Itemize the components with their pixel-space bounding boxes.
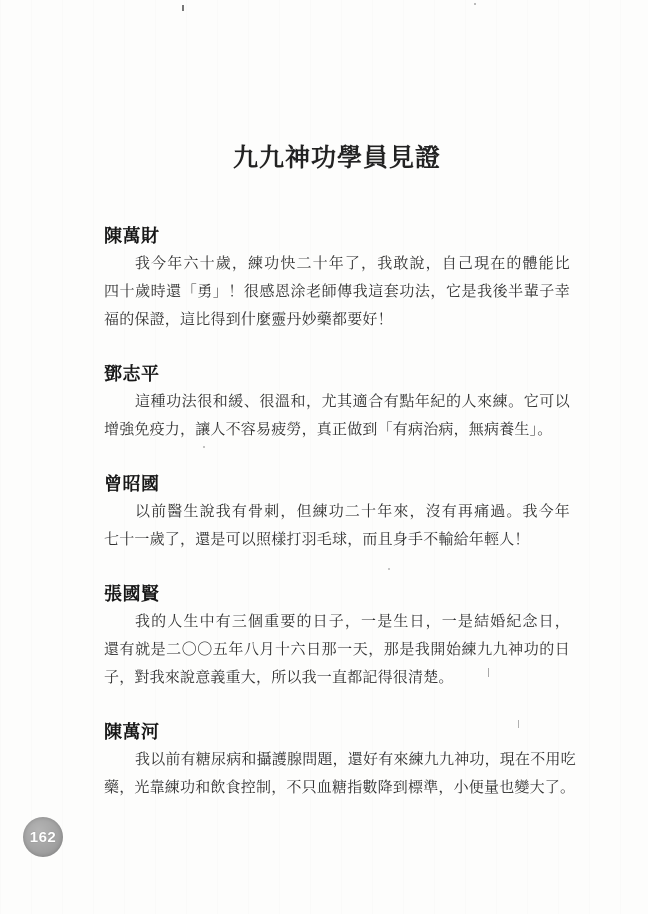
testimonial-text: 我的人生中有三個重要的日子，一是生日，一是結婚紀念日，還有就是二〇〇五年八月十六…: [104, 608, 570, 692]
testimonial-text: 我今年六十歲，練功快二十年了，我敢說，自己現在的體能比四十歲時還「勇」！很感恩涂…: [104, 250, 570, 334]
testimonial-line: 七十一歲了，還是可以照樣打羽毛球，而且身手不輸給年輕人！: [104, 526, 570, 554]
testimonial-line: 子，對我來說意義重大，所以我一直都記得很清楚。: [104, 664, 570, 692]
text-block: 九九神功學員見證 陳萬財 我今年六十歲，練功快二十年了，我敢說，自己現在的體能比…: [104, 0, 570, 802]
testimonial-author-name: 鄧志平: [104, 360, 570, 388]
testimonial-line: 增強免疫力，讓人不容易疲勞，真正做到「有病治病，無病養生」。: [104, 416, 570, 444]
testimonial-section: 陳萬河 我以前有糖尿病和攝護腺問題，還好有來練九九神功，現在不用吃藥，光靠練功和…: [104, 718, 570, 802]
testimonial-author-name: 曾昭國: [104, 470, 570, 498]
testimonial-text: 這種功法很和緩、很溫和，尤其適合有點年紀的人來練。它可以增強免疫力，讓人不容易疲…: [104, 388, 570, 444]
testimonial-line: 四十歲時還「勇」！很感恩涂老師傳我這套功法，它是我後半輩子幸: [104, 278, 570, 306]
testimonial-line: 以前醫生說我有骨刺，但練功二十年來，沒有再痛過。我今年: [104, 498, 570, 526]
testimonial-section: 陳萬財 我今年六十歲，練功快二十年了，我敢說，自己現在的體能比四十歲時還「勇」！…: [104, 222, 570, 334]
testimonial-author-name: 陳萬河: [104, 718, 570, 746]
testimonial-line: 藥，光靠練功和飲食控制，不只血糖指數降到標準，小便量也變大了。: [104, 774, 570, 802]
book-page: 九九神功學員見證 陳萬財 我今年六十歲，練功快二十年了，我敢說，自己現在的體能比…: [0, 0, 648, 914]
sections: 陳萬財 我今年六十歲，練功快二十年了，我敢說，自己現在的體能比四十歲時還「勇」！…: [104, 222, 570, 802]
testimonial-line: 還有就是二〇〇五年八月十六日那一天，那是我開始練九九神功的日: [104, 636, 570, 664]
testimonial-line: 我以前有糖尿病和攝護腺問題，還好有來練九九神功，現在不用吃: [104, 746, 570, 774]
testimonial-author-name: 張國賢: [104, 580, 570, 608]
testimonial-text: 以前醫生說我有骨刺，但練功二十年來，沒有再痛過。我今年七十一歲了，還是可以照樣打…: [104, 498, 570, 554]
testimonial-author-name: 陳萬財: [104, 222, 570, 250]
testimonial-line: 我的人生中有三個重要的日子，一是生日，一是結婚紀念日，: [104, 608, 570, 636]
testimonial-text: 我以前有糖尿病和攝護腺問題，還好有來練九九神功，現在不用吃藥，光靠練功和飲食控制…: [104, 746, 570, 802]
testimonial-section: 曾昭國 以前醫生說我有骨刺，但練功二十年來，沒有再痛過。我今年七十一歲了，還是可…: [104, 470, 570, 554]
testimonial-section: 鄧志平 這種功法很和緩、很溫和，尤其適合有點年紀的人來練。它可以增強免疫力，讓人…: [104, 360, 570, 444]
testimonial-section: 張國賢 我的人生中有三個重要的日子，一是生日，一是結婚紀念日，還有就是二〇〇五年…: [104, 580, 570, 692]
testimonial-line: 福的保證，這比得到什麼靈丹妙藥都要好！: [104, 306, 570, 334]
page-number-badge: 162: [23, 817, 63, 857]
testimonial-line: 這種功法很和緩、很溫和，尤其適合有點年紀的人來練。它可以: [104, 388, 570, 416]
testimonial-line: 我今年六十歲，練功快二十年了，我敢說，自己現在的體能比: [104, 250, 570, 278]
page-title: 九九神功學員見證: [104, 143, 570, 174]
page-number: 162: [30, 829, 57, 846]
